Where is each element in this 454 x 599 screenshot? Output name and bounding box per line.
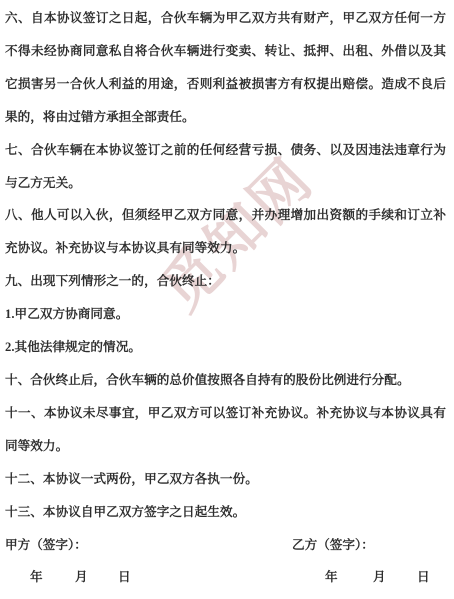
clause-7: 七、合伙车辆在本协议签订之前的任何经营亏损、债务、以及因违法违章行为与乙方无关。	[5, 134, 446, 200]
party-b-year-label: 年	[325, 561, 338, 594]
clause-6: 六、自本协议签订之日起，合伙车辆为甲乙双方共有财产，甲乙双方任何一方不得未经协商…	[5, 2, 446, 134]
clause-10: 十、合伙终止后，合伙车辆的总价值按照各自持有的股份比例进行分配。	[5, 364, 446, 397]
clause-12: 十二、本协议一式两份，甲乙双方各执一份。	[5, 463, 446, 496]
date-row: 年 月 日 年 月 日	[5, 561, 446, 594]
party-b-day-label: 日	[417, 561, 430, 594]
party-a-day-label: 日	[118, 561, 131, 594]
clause-8: 八、他人可以入伙，但须经甲乙双方同意，并办理增加出资额的手续和订立补充协议。补充…	[5, 199, 446, 265]
clause-13: 十三、本协议自甲乙双方签字之日起生效。	[5, 496, 446, 529]
party-a-month-label: 月	[75, 561, 88, 594]
signature-row: 甲方（签字）： 乙方（签字）：	[5, 529, 446, 562]
agreement-document-page: 觅知网 六、自本协议签订之日起，合伙车辆为甲乙双方共有财产，甲乙双方任何一方不得…	[0, 0, 454, 599]
document-body: 六、自本协议签订之日起，合伙车辆为甲乙双方共有财产，甲乙双方任何一方不得未经协商…	[0, 0, 454, 594]
party-b-signature-label: 乙方（签字）：	[292, 529, 374, 562]
clause-9-item-2: 2.其他法律规定的情况。	[5, 331, 446, 364]
party-b-month-label: 月	[373, 561, 386, 594]
clause-9: 九、出现下列情形之一的，合伙终止：	[5, 265, 446, 298]
clause-11: 十一、本协议未尽事宜，甲乙双方可以签订补充协议。补充协议与本协议具有同等效力。	[5, 397, 446, 463]
party-a-year-label: 年	[30, 561, 43, 594]
clause-9-item-1: 1.甲乙双方协商同意。	[5, 298, 446, 331]
party-a-signature-label: 甲方（签字）：	[5, 529, 87, 562]
